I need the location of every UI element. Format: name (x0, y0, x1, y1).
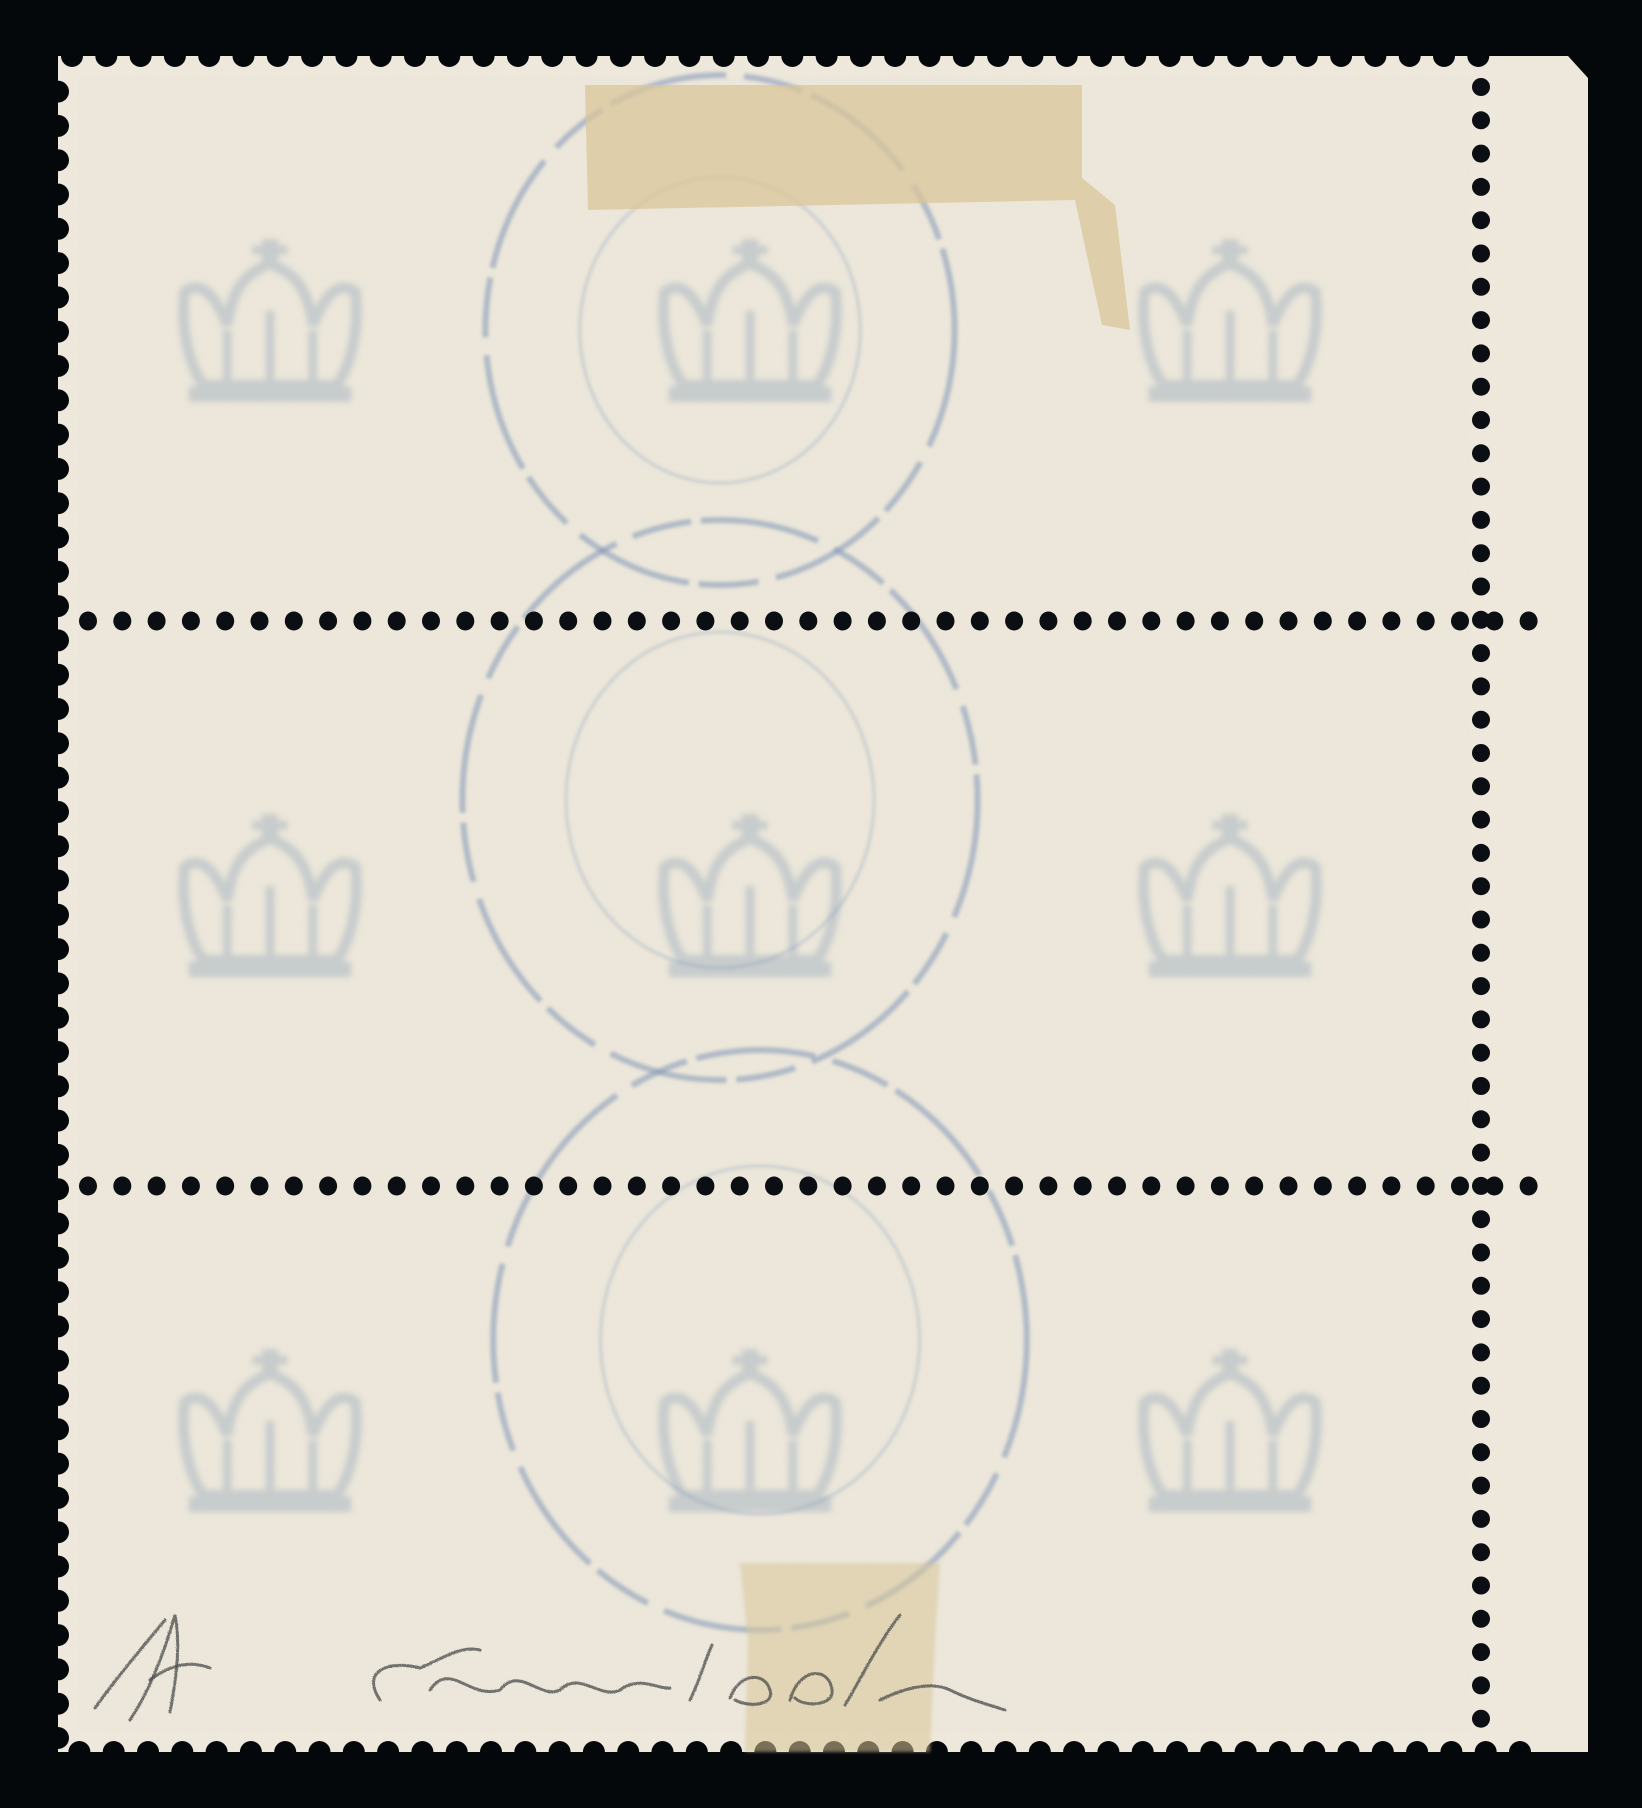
perforation-hole (1245, 1177, 1263, 1196)
perforation-hole (1472, 877, 1490, 895)
perforation-hole (79, 1177, 97, 1196)
perforation-hole (1417, 612, 1435, 631)
perforation-hole (765, 1177, 783, 1196)
perforation-hole (1472, 677, 1490, 695)
perforation-hole (1211, 612, 1229, 631)
perforation-hole (1108, 1177, 1126, 1196)
perforation-hole (868, 1177, 886, 1196)
perforation-hole (834, 612, 852, 631)
perforation-hole (182, 612, 200, 631)
perforation-hole (1472, 1510, 1490, 1528)
perforation-hole (1472, 178, 1490, 196)
perforation-hole (1472, 511, 1490, 529)
hinge-remnant-bottom (740, 1563, 940, 1752)
perforation-hole (1472, 1343, 1490, 1361)
perforation-hole (628, 612, 646, 631)
perforation-hole (1472, 278, 1490, 296)
perforation-hole (285, 612, 303, 631)
perforation-hole (216, 1177, 234, 1196)
perforation-hole (868, 612, 886, 631)
perforation-hole (834, 1177, 852, 1196)
perforation-hole (1472, 1443, 1490, 1461)
stamp-strip-photo (0, 0, 1642, 1808)
perforation-hole (1472, 1477, 1490, 1495)
perforation-hole (1472, 1710, 1490, 1728)
perforation-hole (1472, 1377, 1490, 1395)
perforation-hole (79, 612, 97, 631)
perforation-hole (696, 1177, 714, 1196)
perforation-hole (1472, 578, 1490, 596)
perforation-hole (1108, 612, 1126, 631)
perforation-hole (1472, 1543, 1490, 1561)
perforation-hole (1472, 411, 1490, 429)
perforation-hole (1472, 1410, 1490, 1428)
perforation-hole (594, 1177, 612, 1196)
perforation-hole (251, 612, 269, 631)
perforation-hole (1211, 1177, 1229, 1196)
perforation-hole (353, 1177, 371, 1196)
perforation-hole (422, 612, 440, 631)
perforation-hole (1472, 711, 1490, 729)
perforation-hole (1472, 311, 1490, 329)
perforation-hole (1472, 1310, 1490, 1328)
perforation-hole (1472, 811, 1490, 829)
perforation-hole (1074, 612, 1092, 631)
perforation-hole (388, 1177, 406, 1196)
perforation-hole (1472, 744, 1490, 762)
perforation-hole (1472, 644, 1490, 662)
perforation-hole (1472, 1244, 1490, 1262)
perforation-hole (1472, 1077, 1490, 1095)
perforation-hole (1472, 1010, 1490, 1028)
perforation-hole (216, 612, 234, 631)
perforation-hole (971, 612, 989, 631)
perforation-hole (559, 612, 577, 631)
perforation-hole (799, 612, 817, 631)
perforation-hole (628, 1177, 646, 1196)
perforation-hole (1472, 145, 1490, 163)
perforation-hole (1280, 612, 1298, 631)
perforation-hole (1472, 1210, 1490, 1228)
perforation-hole (1472, 111, 1490, 129)
perforation-hole (1177, 612, 1195, 631)
perforation-hole (765, 612, 783, 631)
perforation-hole (937, 1177, 955, 1196)
perforation-hole (525, 1177, 543, 1196)
perforation-hole (1177, 1177, 1195, 1196)
perforation-hole (1472, 611, 1490, 629)
perforation-hole (731, 612, 749, 631)
perforation-hole (319, 1177, 337, 1196)
perforation-hole (559, 1177, 577, 1196)
perforation-hole (456, 612, 474, 631)
perforation-hole (1314, 612, 1332, 631)
perforation-hole (662, 1177, 680, 1196)
perforation-hole (1314, 1177, 1332, 1196)
perforation-hole (902, 1177, 920, 1196)
perforation-hole (1472, 544, 1490, 562)
perforation-hole (1382, 612, 1400, 631)
perforation-hole (1039, 612, 1057, 631)
perforation-hole (1348, 1177, 1366, 1196)
perforation-hole (1348, 612, 1366, 631)
perforation-hole (182, 1177, 200, 1196)
perforation-hole (113, 612, 131, 631)
perforation-hole (1472, 1144, 1490, 1162)
perforation-hole (1520, 612, 1538, 631)
perforation-hole (1472, 1643, 1490, 1661)
perforation-hole (662, 612, 680, 631)
perforation-hole (1382, 1177, 1400, 1196)
perforation-hole (594, 612, 612, 631)
perforation-hole (1039, 1177, 1057, 1196)
perforation-hole (1451, 1177, 1469, 1196)
perforation-hole (1472, 1110, 1490, 1128)
perforation-hole (353, 612, 371, 631)
perforation-hole (1472, 245, 1490, 263)
perforation-hole (1417, 1177, 1435, 1196)
perforation-hole (937, 612, 955, 631)
perforation-hole (1520, 1177, 1538, 1196)
perforation-hole (1472, 844, 1490, 862)
perforation-hole (148, 612, 166, 631)
perforation-hole (971, 1177, 989, 1196)
perforation-hole (285, 1177, 303, 1196)
perforation-hole (1472, 911, 1490, 929)
perforation-hole (1472, 977, 1490, 995)
perforation-hole (491, 1177, 509, 1196)
perforation-hole (456, 1177, 474, 1196)
perforation-hole (1451, 612, 1469, 631)
perforation-hole (148, 1177, 166, 1196)
perforation-hole (1142, 1177, 1160, 1196)
perforation-hole (1472, 378, 1490, 396)
perforation-hole (1472, 1577, 1490, 1595)
perforation-hole (799, 1177, 817, 1196)
perforation-hole (1472, 1277, 1490, 1295)
perforation-hole (491, 612, 509, 631)
perforation-hole (113, 1177, 131, 1196)
perforation-hole (1472, 444, 1490, 462)
perforation-hole (902, 612, 920, 631)
perforation-hole (525, 612, 543, 631)
perforation-hole (1142, 612, 1160, 631)
perforation-hole (1472, 478, 1490, 496)
perforation-hole (1472, 777, 1490, 795)
perforation-hole (388, 612, 406, 631)
perforation-hole (1472, 211, 1490, 229)
perforation-hole (1472, 944, 1490, 962)
perforation-hole (1245, 612, 1263, 631)
perforation-hole (1472, 1610, 1490, 1628)
perforation-hole (1472, 344, 1490, 362)
perforation-hole (319, 612, 337, 631)
perforation-hole (1472, 78, 1490, 96)
perforation-hole (251, 1177, 269, 1196)
perforation-hole (1005, 612, 1023, 631)
perforation-hole (1280, 1177, 1298, 1196)
perforation-hole (1005, 1177, 1023, 1196)
perforation-hole (731, 1177, 749, 1196)
perforation-hole (1472, 1177, 1490, 1195)
perforation-hole (1472, 1044, 1490, 1062)
perforation-hole (422, 1177, 440, 1196)
perforation-hole (1472, 1676, 1490, 1694)
perforation-hole (1074, 1177, 1092, 1196)
perforation-hole (696, 612, 714, 631)
